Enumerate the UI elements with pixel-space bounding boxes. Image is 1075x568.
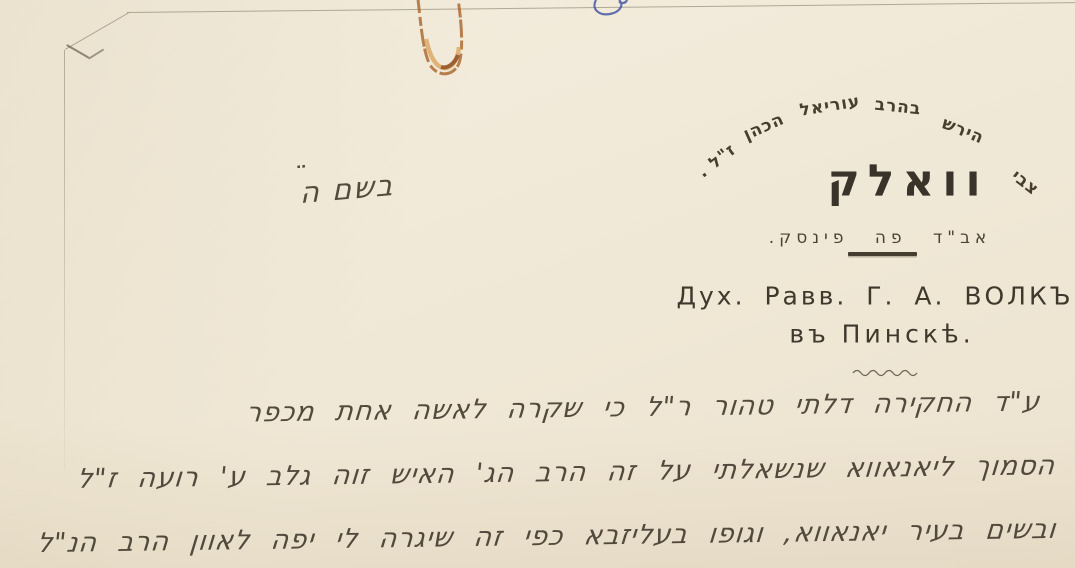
arc-word: בהרב (874, 95, 922, 120)
handwritten-line-2: הסמוך ליאנאווא שנשאלתי על זה הרב הג' האי… (75, 450, 1057, 495)
handwritten-line-3: ובשים בעיר יאנאווא, וגופו בעליזבא כפי זה… (36, 514, 1059, 559)
arc-word: הכהן (740, 109, 787, 145)
arc-word: הירש (939, 114, 987, 149)
arc-word: עוריאל (798, 91, 861, 120)
blue-ink-mark-icon (588, 0, 638, 18)
handwritten-line-1: ע"ד החקירה דלתי טהור ר"ל כי שקרה לאשה אח… (244, 386, 1041, 428)
page-corner-fold (65, 13, 129, 50)
scanned-letter-page: צבי הירש בהרב עוריאל הכהן ז"ל . וואלק אב… (0, 0, 1075, 568)
wavy-underline (852, 367, 918, 378)
fold-notch-mark (66, 44, 90, 59)
invocation-text: בשם ה (300, 168, 395, 210)
page-left-edge (64, 50, 65, 470)
letterhead-subtitle-avd-pinsk: אב"ד פה פינסק. (769, 228, 992, 248)
letterhead-rule (848, 252, 917, 256)
arc-word: צבי (1007, 166, 1043, 200)
arc-word: ז"ל . (694, 140, 740, 182)
russian-location-line: въ Пинскѣ. (789, 320, 974, 349)
handwritten-invocation: בשם ה ¨ (300, 168, 395, 210)
russian-title-line: Дух. Равв. Г. А. ВОЛКЪ (676, 282, 1073, 311)
paperclip-rust-mark-icon (385, 0, 485, 99)
hashem-dots: ¨ (294, 161, 307, 192)
letterhead-name-volk: וואלק (827, 156, 988, 207)
fold-notch-mark (88, 48, 104, 59)
